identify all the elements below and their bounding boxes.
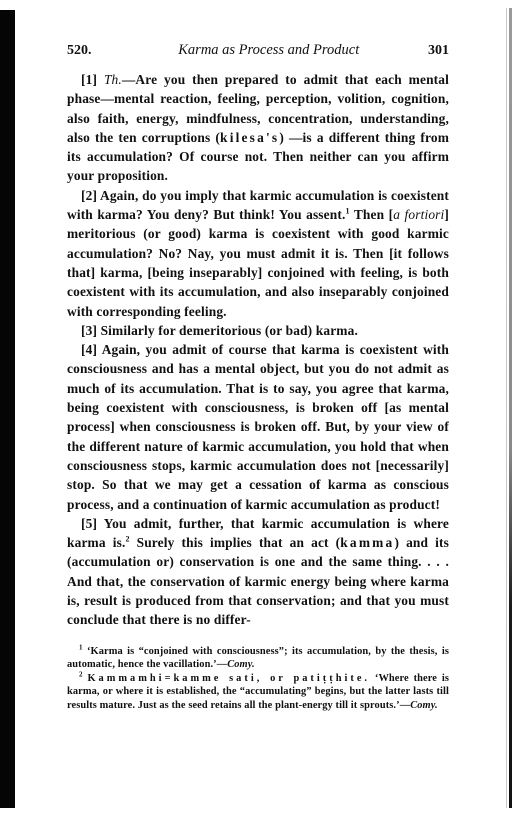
footnote-number: 1 [79, 643, 83, 651]
paragraph-2: [2] Again, do you imply that karmic accu… [67, 186, 449, 321]
footnote-1: 1 ‘Karma is “conjoined with consciousnes… [67, 645, 449, 672]
running-title: Karma as Process and Product [178, 42, 359, 59]
pali-term: kilesa's [220, 130, 279, 145]
paragraph-text: Again, you admit of course that karma is… [67, 342, 449, 511]
section-number: 520. [67, 43, 92, 59]
scan-border-left [0, 10, 15, 808]
paragraph-1: [1] Th.—Are you then prepared to admit t… [67, 70, 449, 186]
footnote-source: Comy. [410, 700, 438, 711]
paragraph-3: [3] Similarly for demeritorious (or bad)… [67, 321, 449, 340]
speaker-label: Th. [104, 72, 122, 87]
paragraph-4: [4] Again, you admit of course that karm… [67, 340, 449, 514]
page-number: 301 [428, 43, 449, 59]
pali-term: kamma [340, 535, 394, 550]
paragraph-marker: [3] [81, 323, 97, 338]
running-head: 520. Karma as Process and Product 301 [67, 42, 449, 60]
footnote-source: Comy. [227, 659, 255, 670]
scan-border-right [509, 8, 512, 808]
body-text: [1] Th.—Are you then prepared to admit t… [67, 70, 449, 630]
paragraph-marker: [2] [81, 188, 97, 203]
paragraph-marker: [1] [81, 72, 97, 87]
paragraph-5: [5] You admit, further, that karmic accu… [67, 514, 449, 630]
book-page: 520. Karma as Process and Product 301 [1… [67, 42, 449, 713]
footnote-2: 2 Kammamhi=kamme sati, or patiṭṭhite. ‘W… [67, 672, 449, 713]
paragraph-marker: [4] [81, 342, 97, 357]
footnote-number: 2 [79, 670, 83, 678]
footnote-text: ‘Karma is “conjoined with consciousness”… [67, 646, 449, 671]
latin-phrase: a fortiori [393, 207, 444, 222]
footnotes: 1 ‘Karma is “conjoined with consciousnes… [67, 645, 449, 713]
paragraph-text: Then [ [350, 207, 394, 222]
paragraph-text: ] meritorious (or good) karma is coexist… [67, 207, 449, 318]
scan-border-right-inner [506, 8, 507, 808]
pali-term: Kammamhi=kamme sati, or patiṭṭhite. [87, 673, 370, 684]
paragraph-text: Surely this implies that an act ( [130, 535, 341, 550]
paragraph-marker: [5] [81, 516, 97, 531]
paragraph-text: Similarly for demeritorious (or bad) kar… [101, 323, 358, 338]
